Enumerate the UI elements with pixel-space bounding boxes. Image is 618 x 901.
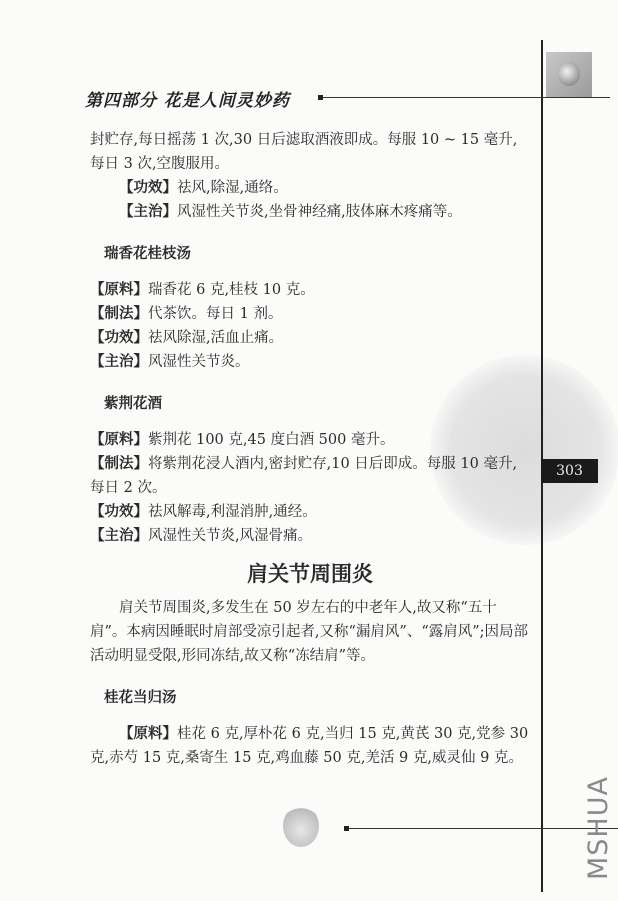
section-title: 肩关节周围炎 [90, 562, 530, 586]
recipe-item: 【功效】祛风解毒,利湿消肿,通经。 [90, 500, 530, 524]
section-description: 肩关节周围炎,多发生在 50 岁左右的中老年人,故又称“五十肩”。本病因睡眠时肩… [90, 596, 530, 668]
recipe-title: 紫荆花酒 [90, 392, 530, 416]
recipe-title: 瑞香花桂枝汤 [90, 242, 530, 266]
recipe-item: 【主治】风湿性关节炎。 [90, 350, 530, 374]
flower-corner-icon [546, 52, 592, 98]
recipe-item: 【主治】风湿性关节炎,风湿骨痛。 [90, 524, 530, 548]
page-content: 封贮存,每日摇荡 1 次,30 日后滤取酒液即成。每服 10 ~ 15 毫升,每… [90, 128, 530, 770]
recipe-item: 【制法】代茶饮。每日 1 剂。 [90, 302, 530, 326]
recipe-item: 【原料】桂花 6 克,厚朴花 6 克,当归 15 克,黄芪 30 克,党参 30… [90, 722, 530, 770]
recipe-title: 桂花当归汤 [90, 686, 530, 710]
header-rule [322, 97, 610, 98]
page-number: 303 [541, 459, 598, 483]
footer-flower-icon [283, 805, 319, 847]
intro-item: 【主治】风湿性关节炎,坐骨神经痛,肢体麻木疼痛等。 [90, 200, 530, 224]
intro-item: 【功效】祛风,除湿,通络。 [90, 176, 530, 200]
recipe-item: 【制法】将紫荆花浸人酒内,密封贮存,10 日后即成。每服 10 毫升,每日 2 … [90, 452, 530, 500]
watermark: MSHUA [578, 790, 618, 870]
recipe-item: 【原料】紫荆花 100 克,45 度白酒 500 毫升。 [90, 428, 530, 452]
intro-paragraph: 封贮存,每日摇荡 1 次,30 日后滤取酒液即成。每服 10 ~ 15 毫升,每… [90, 128, 530, 176]
section-header-title: 第四部分 花是人间灵妙药 [85, 86, 290, 111]
recipe-item: 【功效】祛风除湿,活血止痛。 [90, 326, 530, 350]
recipe-item: 【原料】瑞香花 6 克,桂枝 10 克。 [90, 278, 530, 302]
